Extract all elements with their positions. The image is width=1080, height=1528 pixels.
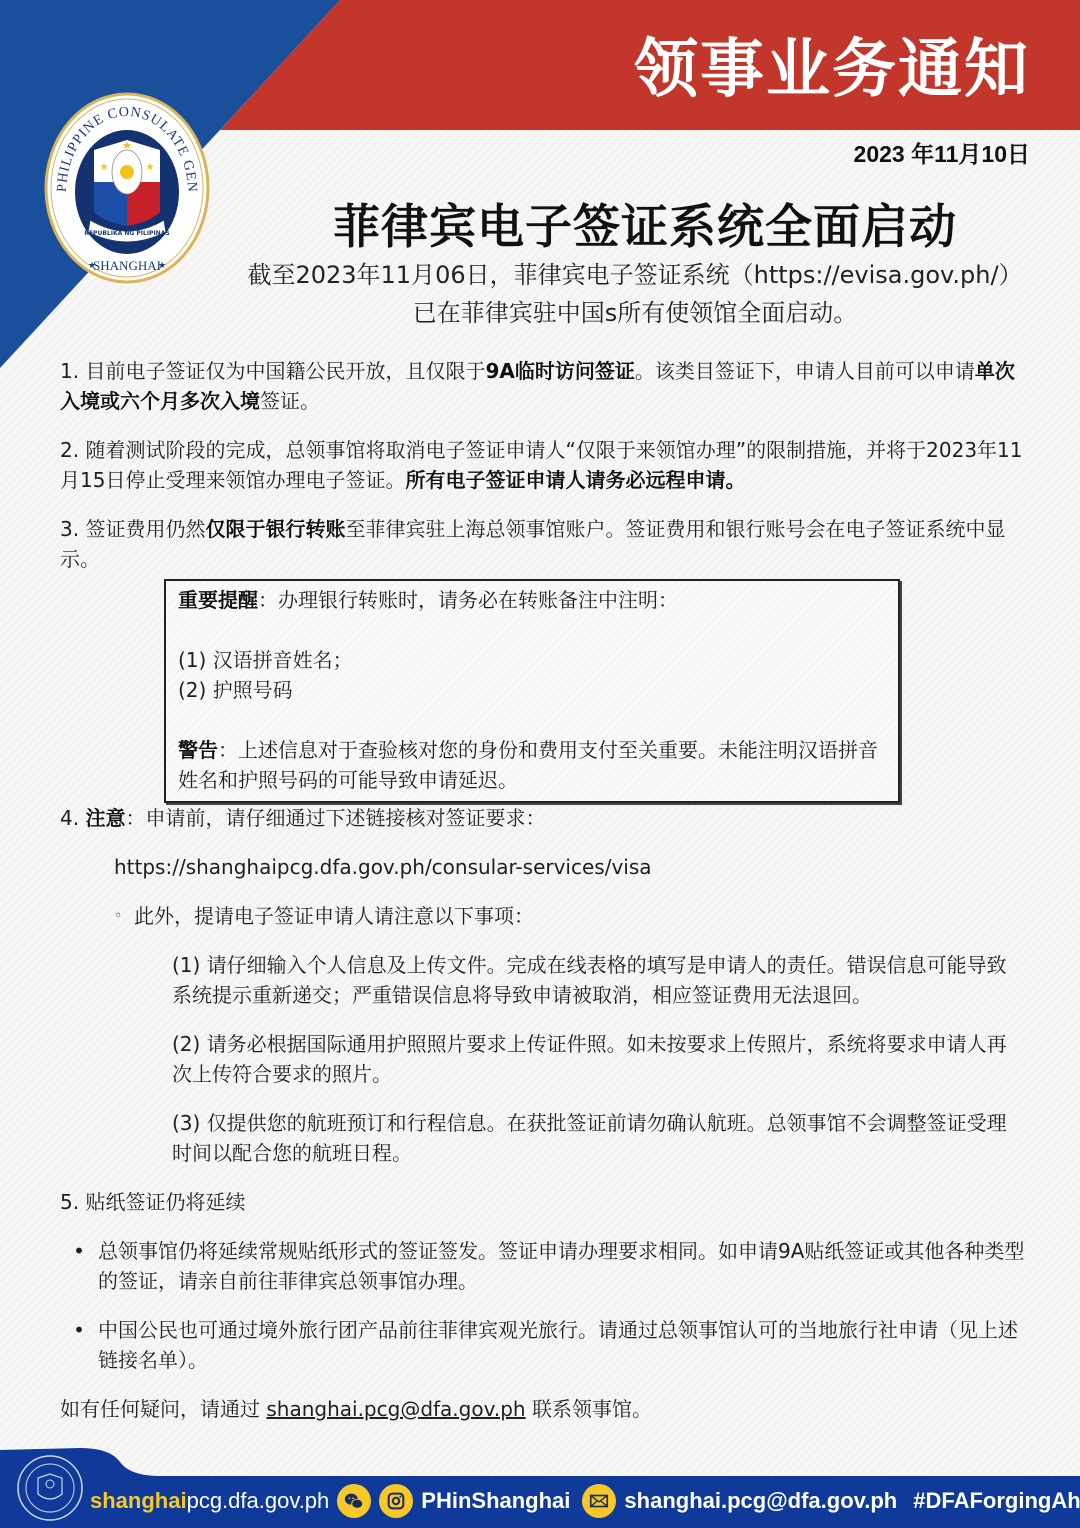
circle-bullet-icon: ◦ <box>114 901 134 931</box>
notice-title: 菲律宾电子签证系统全面启动 <box>250 190 1040 257</box>
svg-text:REPUBLIKA NG PILIPINAS: REPUBLIKA NG PILIPINAS <box>84 230 169 237</box>
dfa-seal-logo <box>16 1454 84 1522</box>
footer-contacts: shanghaipcg.dfa.gov.ph PHinShanghai shan… <box>90 1484 1080 1518</box>
item-4: 4. 注意：申请前，请仔细通过下述链接核对签证要求： <box>60 803 1025 833</box>
sticker-visa-list: • 总领事馆仍将延续常规贴纸形式的签证签发。签证申请办理要求相同。如申请9A贴纸… <box>60 1236 1025 1375</box>
svg-text:★: ★ <box>88 261 96 271</box>
svg-text:SHANGHAI: SHANGHAI <box>93 258 161 273</box>
svg-text:★: ★ <box>146 162 155 173</box>
important-reminder-box: 重要提醒：办理银行转账时，请务必在转账备注中注明： (1) 汉语拼音姓名； (2… <box>164 579 900 803</box>
website-link[interactable]: shanghaipcg.dfa.gov.ph <box>90 1488 329 1514</box>
contact-line: 如有任何疑问，请通过 shanghai.pcg@dfa.gov.ph 联系领事馆… <box>60 1394 1025 1424</box>
svg-text:★: ★ <box>158 261 166 271</box>
reminder-heading: 重要提醒：办理银行转账时，请务必在转账备注中注明： <box>178 585 886 615</box>
footer-email[interactable]: shanghai.pcg@dfa.gov.ph <box>624 1488 897 1514</box>
list-item: • 总领事馆仍将延续常规贴纸形式的签证签发。签证申请办理要求相同。如申请9A贴纸… <box>60 1236 1025 1296</box>
contact-email-link[interactable]: shanghai.pcg@dfa.gov.ph <box>266 1397 525 1421</box>
item-2: 2. 随着测试阶段的完成，总领事馆将取消电子签证申请人“仅限于来领馆办理”的限制… <box>60 435 1025 495</box>
reminder-req-1: (1) 汉语拼音姓名； <box>178 645 886 675</box>
reminder-req-2: (2) 护照号码 <box>178 675 886 705</box>
svg-text:★: ★ <box>122 139 132 152</box>
subtitle-line-1: 截至2023年11月06日，菲律宾电子签证系统（https://evisa.go… <box>220 256 1050 294</box>
subtitle-line-2: 已在菲律宾驻中国s所有使领馆全面启动。 <box>220 294 1050 332</box>
social-handle[interactable]: PHinShanghai <box>421 1488 570 1514</box>
footer-bar: shanghaipcg.dfa.gov.ph PHinShanghai shan… <box>0 1440 1080 1528</box>
notice-subtitle: 截至2023年11月06日，菲律宾电子签证系统（https://evisa.go… <box>220 256 1050 332</box>
hashtag: #DFAForgingAhead <box>913 1488 1080 1514</box>
note-point-3: (3) 仅提供您的航班预订和行程信息。在获批签证前请勿确认航班。总领事馆不会调整… <box>172 1108 1025 1168</box>
warning-text: 警告：上述信息对于查验核对您的身份和费用支付至关重要。未能注明汉语拼音姓名和护照… <box>178 735 886 795</box>
item-1: 1. 目前电子签证仅为中国籍公民开放，且仅限于9A临时访问签证。该类目签证下，申… <box>60 356 1025 416</box>
list-item: • 中国公民也可通过境外旅行团产品前往菲律宾观光旅行。请通过总领事馆认可的当地旅… <box>60 1315 1025 1375</box>
wechat-icon[interactable] <box>337 1484 371 1518</box>
instagram-icon[interactable] <box>379 1484 413 1518</box>
visa-requirements-link[interactable]: https://shanghaipcg.dfa.gov.ph/consular-… <box>114 852 1025 882</box>
notice-body: 1. 目前电子签证仅为中国籍公民开放，且仅限于9A临时访问签证。该类目签证下，申… <box>60 356 1025 1443</box>
note-point-2: (2) 请务必根据国际通用护照照片要求上传证件照。如未按要求上传照片，系统将要求… <box>172 1029 1025 1089</box>
svg-text:★: ★ <box>100 162 109 173</box>
mail-icon[interactable] <box>582 1484 616 1518</box>
consulate-seal-logo: PHILIPPINE CONSULATE GENERAL ★ ★ ★ REPUB… <box>44 92 210 284</box>
banner-title: 领事业务通知 <box>634 38 1030 102</box>
item-3: 3. 签证费用仍然仅限于银行转账至菲律宾驻上海总领事馆账户。签证费用和银行账号会… <box>60 514 1025 574</box>
issue-date: 2023 年11月10日 <box>854 136 1030 169</box>
note-point-1: (1) 请仔细输入个人信息及上传文件。完成在线表格的填写是申请人的责任。错误信息… <box>172 950 1025 1010</box>
item-5-title: 5. 贴纸签证仍将延续 <box>60 1187 1025 1217</box>
bullet-icon: • <box>60 1236 98 1296</box>
sub-note: ◦ 此外，提请电子签证申请人请注意以下事项： <box>114 901 1025 931</box>
bullet-icon: • <box>60 1315 98 1375</box>
